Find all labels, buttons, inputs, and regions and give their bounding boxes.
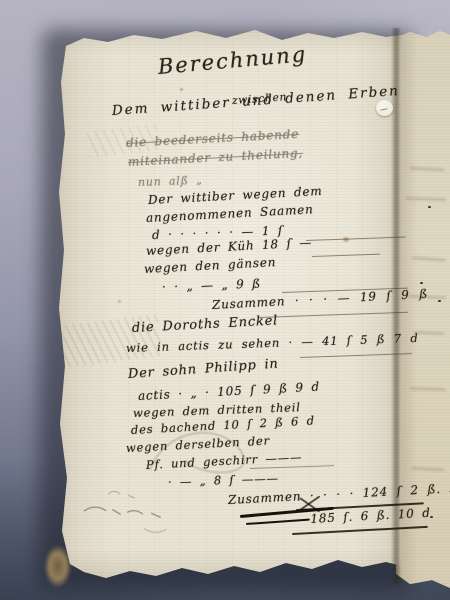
manuscript-line: · — „ 8 ſ ——— (168, 473, 279, 488)
heading-line: Dem wittiber und denen Erben (112, 85, 401, 119)
manuscript-line: die beederseits habende (126, 128, 300, 149)
manuscript-line: Zusammen · · · — 19 ſ 9 ß (212, 288, 429, 311)
photo-background: Berechnung BerechnungzwischenDem wi (0, 0, 450, 600)
manuscript-line: nun alß „ (138, 175, 203, 188)
manuscript-line: actis · „ · 105 ſ 9 ß 9 d (138, 380, 321, 402)
manuscript-line: Der sohn Philipp in (128, 357, 279, 380)
title-line: Berechnung (157, 44, 308, 78)
manuscript-line: wegen den gänsen (144, 256, 277, 275)
manuscript-line: Pf. und geschirr ——— (146, 452, 303, 472)
manuscript-line: miteinander zu theilung, (128, 147, 304, 168)
manuscript-line: wie in actis zu sehen · — 41 ſ 5 ß 7 d (126, 333, 419, 355)
manuscript-text-layer: BerechnungzwischenDem wittiber und denen… (0, 0, 450, 600)
manuscript-line: die Doroths Enckel (132, 314, 279, 335)
manuscript-line: angenommenen Saamen (146, 203, 314, 224)
manuscript-line: · · „ — „ 9 ß (162, 278, 261, 293)
